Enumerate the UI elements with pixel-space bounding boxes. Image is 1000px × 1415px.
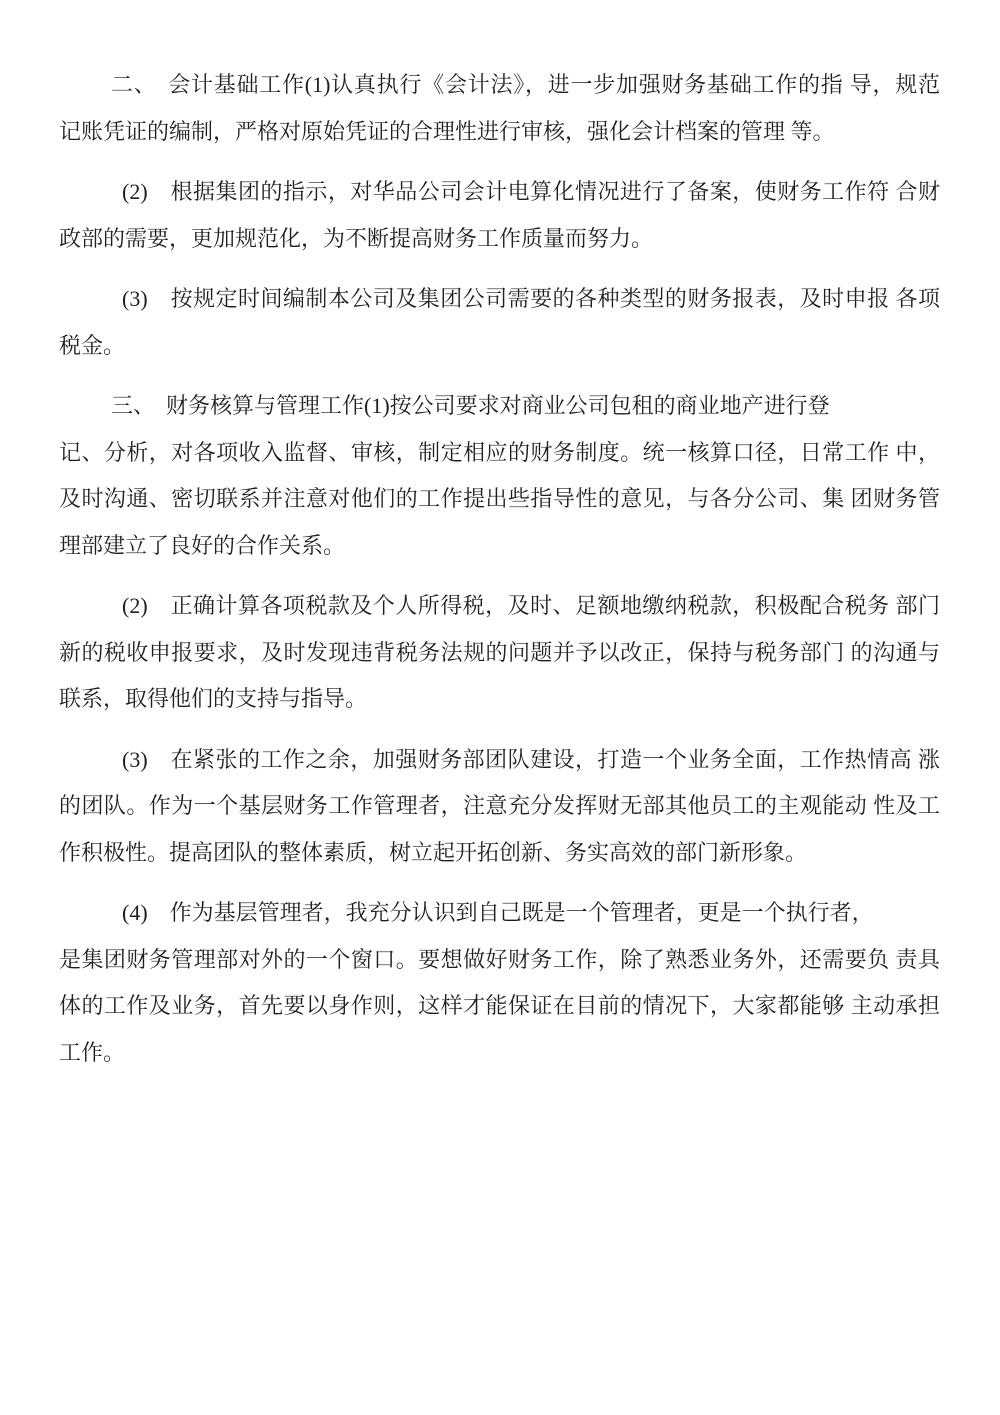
document-page: 二、 会计基础工作(1)认真执行《会计法》，进一步加强财务基础工作的指 导，规范… — [0, 0, 1000, 1415]
text-line: 记、分析，对各项收入监督、审核，制定相应的财务制度。统一核算口径，日常工作 中， — [59, 430, 940, 477]
paragraph-item-4: (4) 作为基层管理者，我充分认识到自己既是一个管理者，更是一个执行者， 是集团… — [59, 890, 940, 1076]
text-line: 作积极性。提高团队的整体素质，树立起开拓创新、务实高效的部门新形象。 — [59, 830, 940, 877]
text-line: (2) 根据集团的指示，对华品公司会计电算化情况进行了备案，使财务工作符 合财 — [59, 169, 940, 216]
paragraph-section-2: 二、 会计基础工作(1)认真执行《会计法》，进一步加强财务基础工作的指 导，规范… — [59, 62, 940, 155]
paragraph-item-3b: (3) 在紧张的工作之余，加强财务部团队建设，打造一个业务全面，工作热情高 涨 … — [59, 737, 940, 877]
text-line: 理部建立了良好的合作关系。 — [59, 523, 940, 570]
text-line: 是集团财务管理部对外的一个窗口。要想做好财务工作，除了熟悉业务外，还需要负 责具 — [59, 937, 940, 984]
paragraph-item-2: (2) 根据集团的指示，对华品公司会计电算化情况进行了备案，使财务工作符 合财 … — [59, 169, 940, 262]
text-line: 及时沟通、密切联系并注意对他们的工作提出些指导性的意见，与各分公司、集 团财务管 — [59, 476, 940, 523]
paragraph-item-2b: (2) 正确计算各项税款及个人所得税，及时、足额地缴纳税款，积极配合税务 部门 … — [59, 583, 940, 723]
text-line: 工作。 — [59, 1030, 940, 1077]
text-line: 政部的需要，更加规范化，为不断提高财务工作质量而努力。 — [59, 216, 940, 263]
text-line: 新的税收申报要求，及时发现违背税务法规的问题并予以改正，保持与税务部门 的沟通与 — [59, 630, 940, 677]
text-line: (3) 按规定时间编制本公司及集团公司需要的各种类型的财务报表，及时申报 各项 — [59, 276, 940, 323]
text-line: 二、 会计基础工作(1)认真执行《会计法》，进一步加强财务基础工作的指 导，规范 — [59, 62, 940, 109]
document-body: 二、 会计基础工作(1)认真执行《会计法》，进一步加强财务基础工作的指 导，规范… — [59, 62, 940, 1076]
text-line: 的团队。作为一个基层财务工作管理者，注意充分发挥财无部其他员工的主观能动 性及工 — [59, 783, 940, 830]
text-line: 体的工作及业务，首先要以身作则，这样才能保证在目前的情况下，大家都能够 主动承担 — [59, 983, 940, 1030]
text-line: 三、 财务核算与管理工作(1)按公司要求对商业公司包租的商业地产进行登 — [59, 383, 940, 430]
paragraph-section-3: 三、 财务核算与管理工作(1)按公司要求对商业公司包租的商业地产进行登 记、分析… — [59, 383, 940, 569]
text-line: 记账凭证的编制，严格对原始凭证的合理性进行审核，强化会计档案的管理 等。 — [59, 109, 940, 156]
text-line: 联系，取得他们的支持与指导。 — [59, 676, 940, 723]
text-line: (2) 正确计算各项税款及个人所得税，及时、足额地缴纳税款，积极配合税务 部门 — [59, 583, 940, 630]
text-line: 税金。 — [59, 323, 940, 370]
text-line: (4) 作为基层管理者，我充分认识到自己既是一个管理者，更是一个执行者， — [59, 890, 940, 937]
paragraph-item-3: (3) 按规定时间编制本公司及集团公司需要的各种类型的财务报表，及时申报 各项 … — [59, 276, 940, 369]
text-line: (3) 在紧张的工作之余，加强财务部团队建设，打造一个业务全面，工作热情高 涨 — [59, 737, 940, 784]
